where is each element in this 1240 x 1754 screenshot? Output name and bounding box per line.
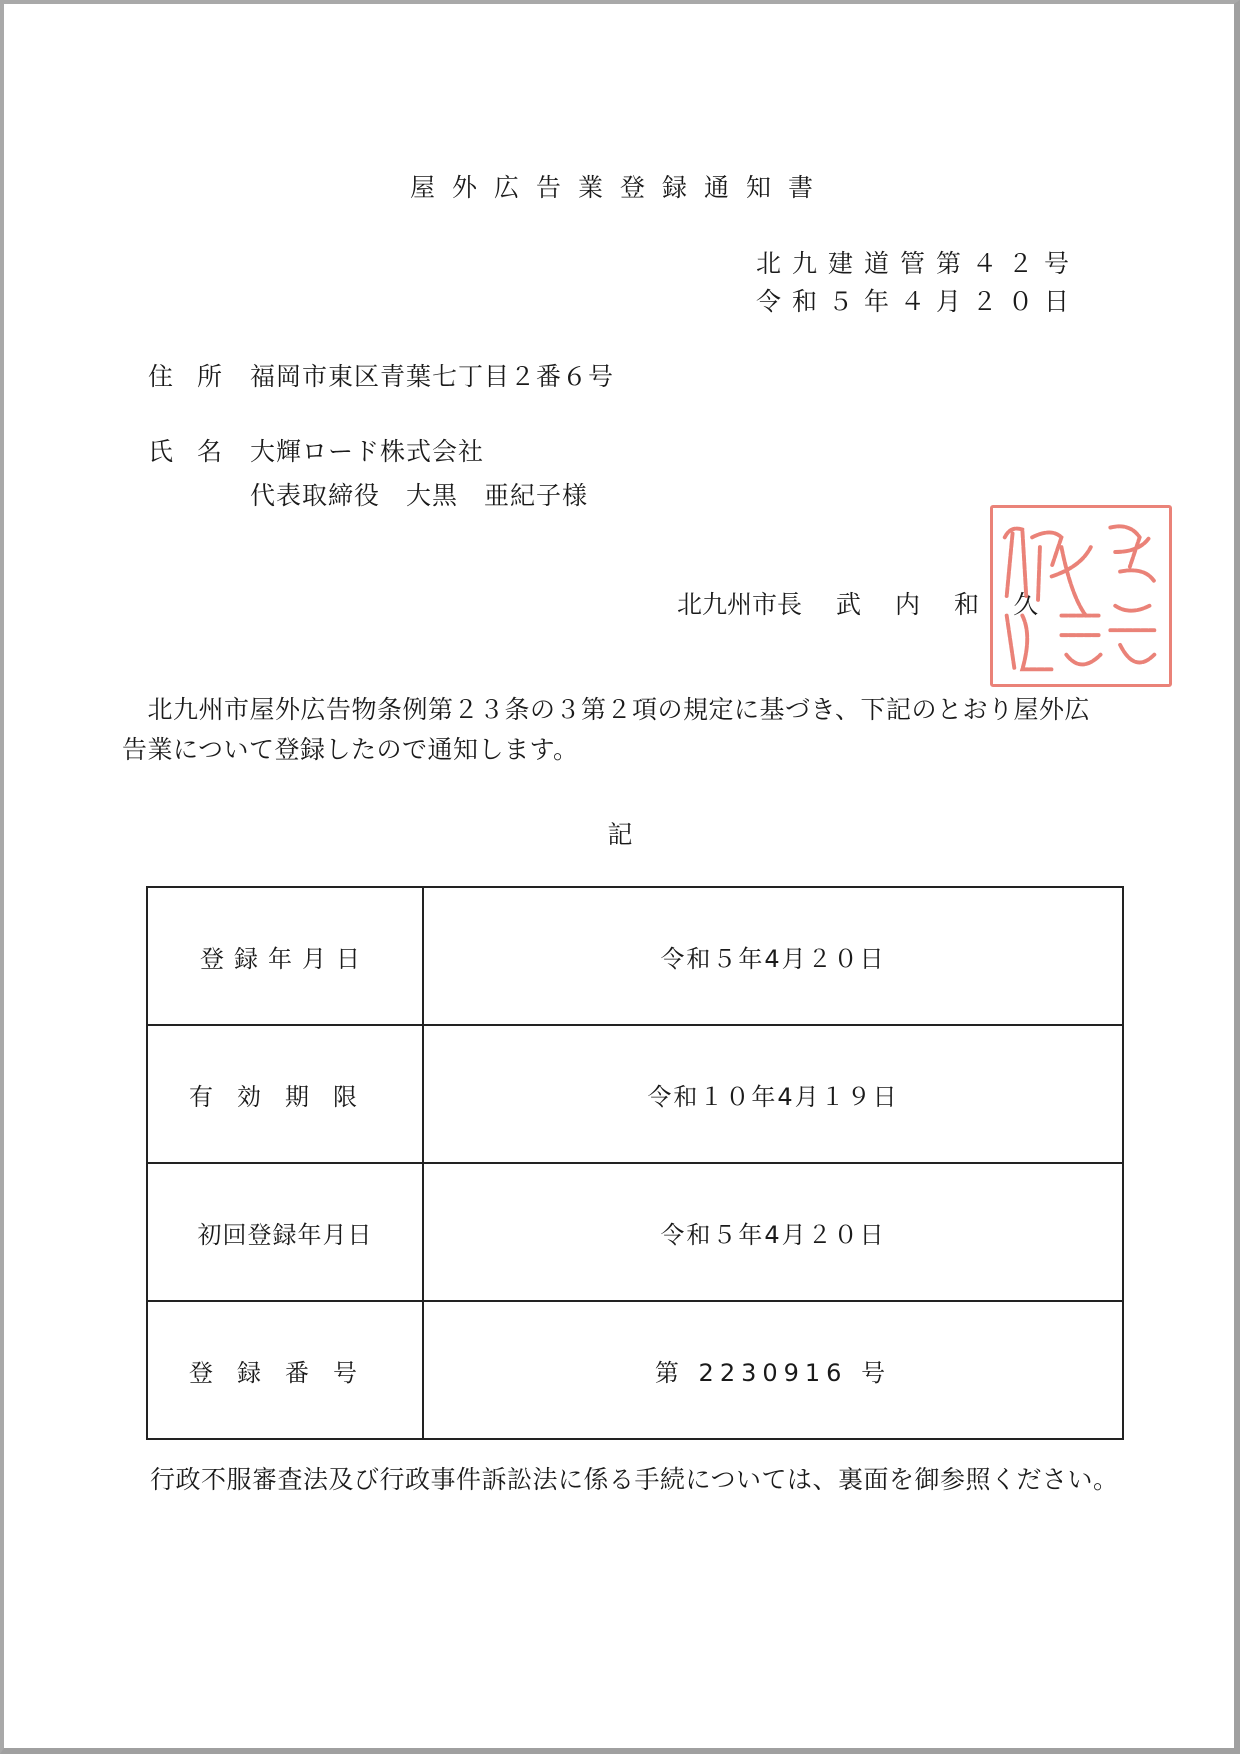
- issuer-title: 北九州市長: [677, 590, 802, 619]
- address-label: 住所: [148, 357, 246, 393]
- issue-date: 令和５年４月２０日: [756, 282, 1080, 318]
- document-title: 屋外広告業登録通知書: [0, 168, 1240, 204]
- row-label-registration-number: 登録番号: [147, 1301, 423, 1439]
- official-seal-stamp-icon: [990, 505, 1172, 687]
- registration-table: 登録年月日 令和５年4月２０日 有効期限 令和１０年4月１９日 初回登録年月日 …: [146, 886, 1124, 1440]
- name-label: 氏名: [148, 432, 246, 468]
- table-row: 有効期限 令和１０年4月１９日: [147, 1025, 1123, 1163]
- table-row: 登録年月日 令和５年4月２０日: [147, 887, 1123, 1025]
- row-value-initial-registration-date: 令和５年4月２０日: [423, 1163, 1123, 1301]
- row-value-expiration: 令和１０年4月１９日: [423, 1025, 1123, 1163]
- ki-marker: 記: [0, 815, 1240, 851]
- issuer-name-char: 武: [836, 590, 861, 619]
- body-paragraph-line-2: 告業について登録したので通知します。: [122, 730, 579, 770]
- row-value-registration-number: 第 2230916 号: [423, 1301, 1123, 1439]
- company-name: 大輝ロード株式会社: [250, 432, 484, 468]
- row-label-registration-date: 登録年月日: [147, 887, 423, 1025]
- table-row: 登録番号 第 2230916 号: [147, 1301, 1123, 1439]
- body-paragraph-line-1: 北九州市屋外広告物条例第２３条の３第２項の規定に基づき、下記のとおり屋外広: [122, 690, 1090, 730]
- issuer-name-char: 内: [895, 590, 920, 619]
- reference-number: 北九建道管第４２号: [756, 244, 1080, 280]
- row-value-registration-date: 令和５年4月２０日: [423, 887, 1123, 1025]
- issuer-name-char: 和: [954, 590, 979, 619]
- row-label-initial-registration-date: 初回登録年月日: [147, 1163, 423, 1301]
- issuer-signature: 北九州市長武内和久: [677, 585, 1038, 621]
- representative-name: 代表取締役 大黒 亜紀子様: [250, 476, 588, 512]
- row-label-expiration: 有効期限: [147, 1025, 423, 1163]
- appeal-notice: 行政不服審査法及び行政事件訴訟法に係る手続については、裏面を御参照ください。: [150, 1460, 1119, 1496]
- address-value: 福岡市東区青葉七丁目２番６号: [250, 357, 614, 393]
- table-row: 初回登録年月日 令和５年4月２０日: [147, 1163, 1123, 1301]
